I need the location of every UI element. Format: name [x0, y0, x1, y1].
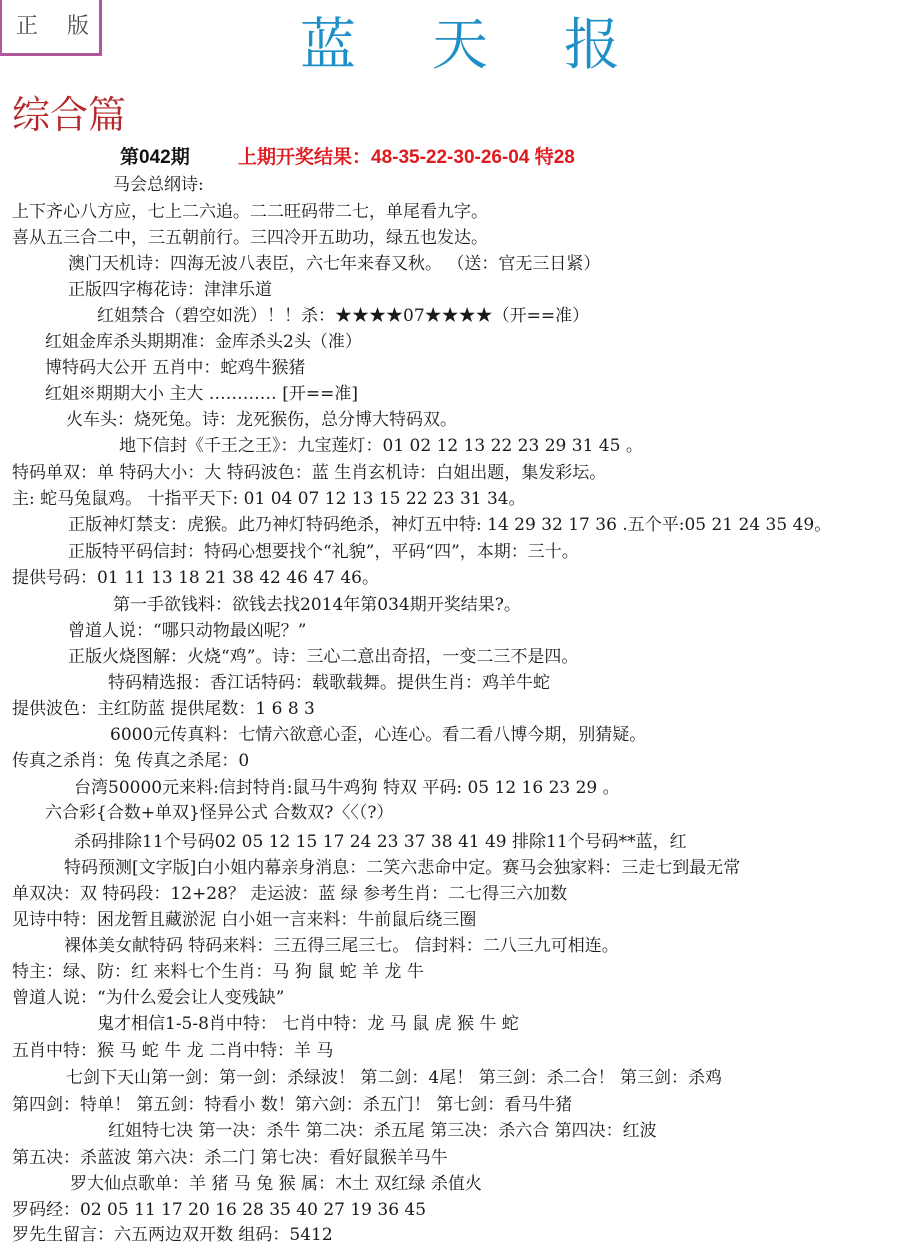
text-line: 正版四字梅花诗：津津乐道 [68, 279, 272, 301]
text-line: 曾道人说：“为什么爱会让人变残缺” [12, 987, 284, 1009]
text-line: 台湾50000元来料:信封特肖:鼠马牛鸡狗 特双 平码: 05 12 16 23… [74, 777, 620, 799]
newspaper-title: 蓝 天 报 [300, 18, 620, 74]
text-line: 特主：绿、防：红 来料七个生肖：马 狗 鼠 蛇 羊 龙 牛 [12, 961, 424, 983]
text-line: 特码精选报：香江话特码：载歌载舞。提供生肖：鸡羊牛蛇 [108, 672, 550, 694]
text-line: 6000元传真料：七情六欲意心歪，心连心。看二看八博今期，别猜疑。 [110, 724, 646, 746]
text-line: 提供波色：主红防蓝 提供尾数：1 6 8 3 [12, 698, 315, 720]
text-line: 红姐禁合（碧空如洗）！！杀：★★★★07★★★★（开==准） [97, 305, 589, 327]
title-char-1: 蓝 [300, 18, 356, 74]
authentic-edition-badge: 正 版 [0, 0, 102, 56]
text-line: 罗先生留言：六五两边双开数 组码：5412 [12, 1224, 333, 1243]
text-line: 第五决：杀蓝波 第六决：杀二门 第七决：看好鼠猴羊马牛 [12, 1147, 448, 1169]
text-line: 单双决：双 特码段：12+28？ 走运波：蓝 绿 参考生肖：二七得三六加数 [12, 883, 567, 905]
text-line: 上下齐心八方应，七上二六追。二二旺码带二七，单尾看九字。 [12, 201, 488, 223]
text-line: 五肖中特：猴 马 蛇 牛 龙 二肖中特：羊 马 [12, 1040, 333, 1062]
text-line: 罗大仙点歌单：羊 猪 马 兔 猴 属：木土 双红绿 杀值火 [70, 1173, 482, 1195]
text-line: 正版火烧图解：火烧“鸡”。诗：三心二意出奇招，一变二三不是四。 [68, 646, 578, 668]
text-line: 博特码大公开 五肖中：蛇鸡牛猴猪 [45, 357, 305, 379]
issue-number: 第042期 [120, 142, 190, 169]
text-line: 主: 蛇马兔鼠鸡。 十指平天下: 01 04 07 12 13 15 22 23… [12, 488, 526, 510]
text-line: 正版神灯禁支：虎猴。此乃神灯特码绝杀，神灯五中特: 14 29 32 17 36… [68, 514, 831, 536]
text-line: 正版特平码信封：特码心想要找个“礼貌”，平码“四”，本期：三十。 [68, 541, 579, 563]
text-line: 提供号码：01 11 13 18 21 38 42 46 47 46。 [12, 567, 379, 589]
section-heading: 综合篇 [12, 96, 126, 134]
text-line: 传真之杀肖：兔 传真之杀尾：0 [12, 750, 249, 772]
text-line: 火车头：烧死兔。诗：龙死猴伤，总分博大特码双。 [66, 409, 457, 431]
text-line: 特码单双：单 特码大小：大 特码波色：蓝 生肖玄机诗：白姐出题，集发彩坛。 [12, 462, 606, 484]
text-line: 裸体美女献特码 特码来料：三五得三尾三七。 信封料：二八三九可相连。 [64, 935, 619, 957]
text-line: 第一手欲钱料：欲钱去找2014年第034期开奖结果?。 [113, 594, 521, 616]
text-line: 澳门天机诗：四海无波八表臣，六七年来春又秋。 （送：官无三日紧） [68, 253, 600, 275]
text-line: 特码预测[文字版]白小姐内幕亲身消息：二笑六悲命中定。赛马会独家料：三走七到最无… [64, 857, 740, 879]
text-line: 红姐特七决 第一决：杀牛 第二决：杀五尾 第三决：杀六合 第四决：红波 [108, 1120, 657, 1142]
text-line: 七剑下天山第一剑：第一剑：杀绿波！ 第二剑：4尾！ 第三剑：杀二合！ 第三剑：杀… [66, 1067, 722, 1089]
badge-char-1: 正 [16, 9, 38, 40]
last-draw-result: 上期开奖结果：48-35-22-30-26-04 特28 [238, 142, 575, 169]
text-line: 地下信封《千王之王》：九宝莲灯：01 02 12 13 22 23 29 31 … [119, 435, 643, 457]
badge-char-2: 版 [67, 9, 89, 40]
text-line: 杀码排除11个号码02 05 12 15 17 24 23 37 38 41 4… [74, 831, 687, 853]
text-line: 马会总纲诗: [113, 174, 204, 196]
text-line: 六合彩{合数+单双}怪异公式 合数双?〈〈（?） [45, 802, 394, 824]
text-line: 鬼才相信1-5-8肖中特： 七肖中特：龙 马 鼠 虎 猴 牛 蛇 [97, 1013, 519, 1035]
text-line: 喜从五三合二中，三五朝前行。三四冷开五助功，绿五也发达。 [12, 227, 488, 249]
title-char-3: 报 [564, 18, 620, 74]
text-line: 红姐金库杀头期期准：金库杀头2头（准） [45, 331, 362, 353]
text-line: 罗码经：02 05 11 17 20 16 28 35 40 27 19 36 … [12, 1199, 426, 1221]
text-line: 红姐※期期大小 主大 ………… [开==准] [45, 383, 358, 405]
text-line: 第四剑：特单！ 第五剑：特看小 数！第六剑：杀五门！ 第七剑：看马牛猪 [12, 1094, 572, 1116]
title-char-2: 天 [432, 18, 488, 74]
text-line: 曾道人说：“哪只动物最凶呢？” [68, 620, 306, 642]
text-line: 见诗中特：困龙暂且藏淤泥 白小姐一言来料：牛前鼠后绕三圈 [12, 909, 476, 931]
